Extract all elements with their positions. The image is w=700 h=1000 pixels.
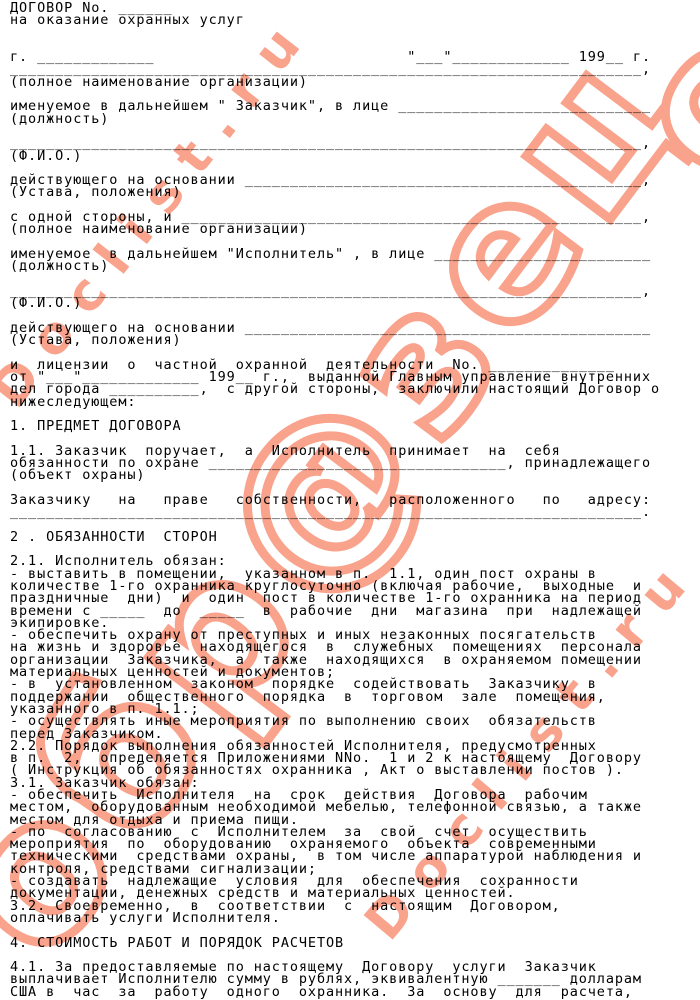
contract-text: ДОГОВОР No. ______ на оказание охранных … <box>10 2 660 998</box>
contract-page: обр@зец о Doclist.ru Doclist.ru ДОГОВОР … <box>0 0 700 1000</box>
